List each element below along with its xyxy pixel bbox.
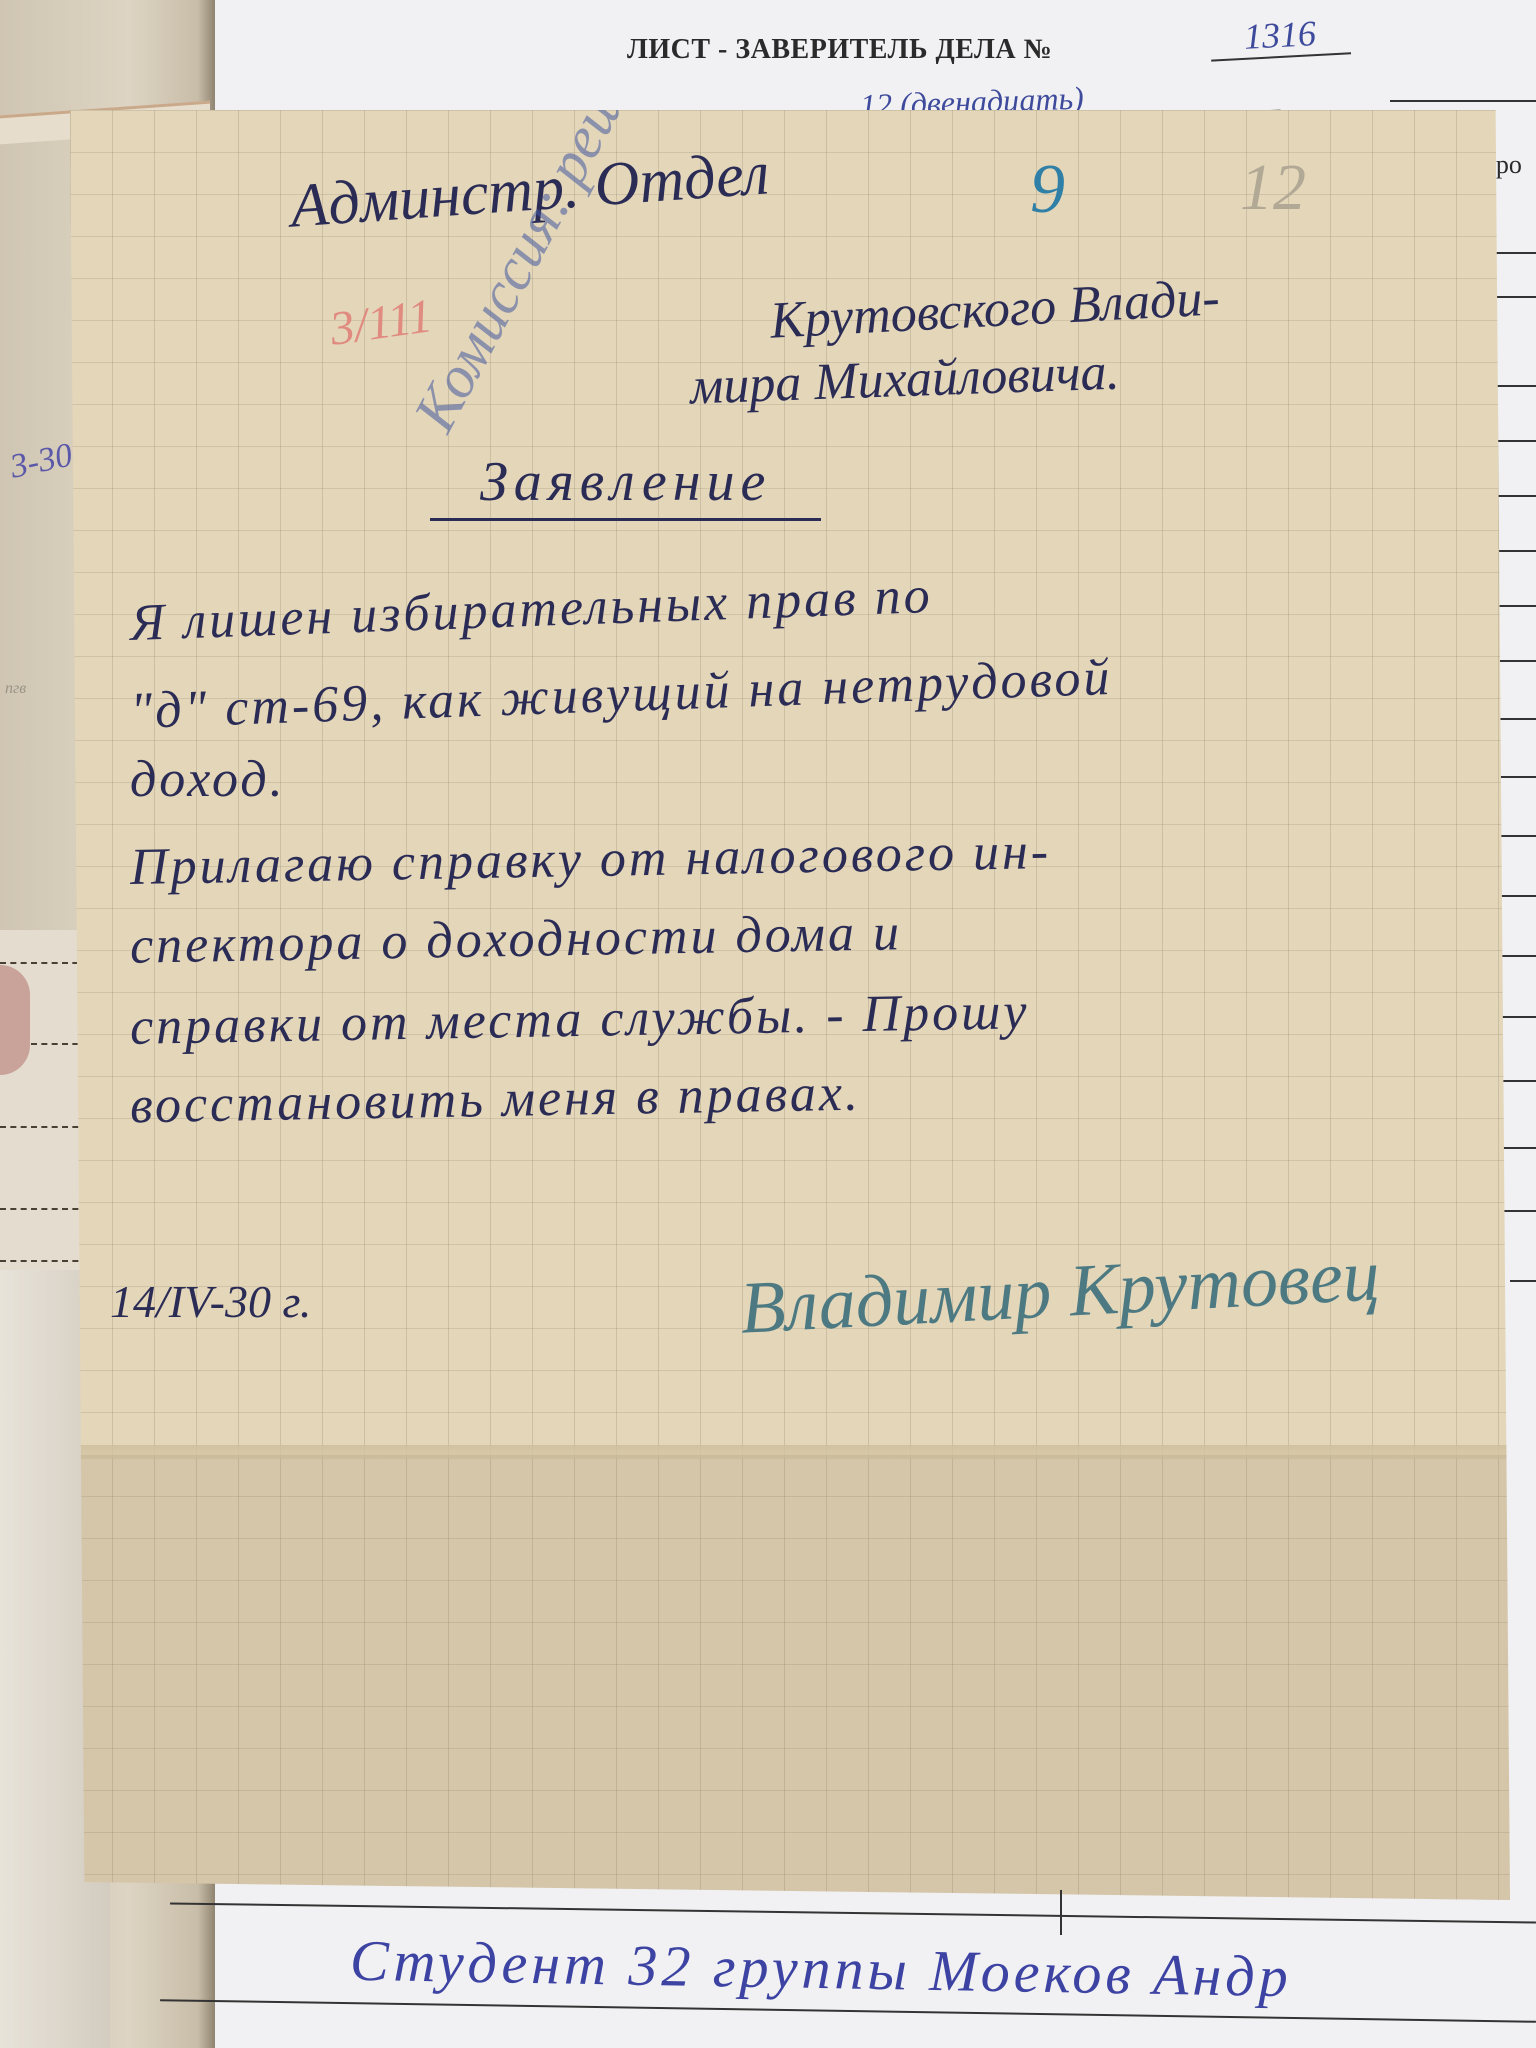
application-sheet: Админстр. Отдел 9 12 3/111 Крутовского В… (70, 110, 1510, 1900)
form-rule (1495, 252, 1536, 254)
body-line: Я лишен избирательных прав по (129, 566, 933, 653)
form-title: ЛИСТ - ЗАВЕРИТЕЛЬ ДЕЛА № (627, 34, 1052, 66)
form-column-divider (1060, 1890, 1062, 1935)
body-line: Прилагаю справку от налогового ин- (130, 822, 1052, 897)
applicant-name-line-1: Крутовского Влади- (769, 268, 1221, 350)
body-line: восстановить меня в правах. (130, 1064, 862, 1136)
form-rule (1500, 1210, 1536, 1212)
folio-number-blue: 9 (1030, 150, 1065, 230)
form-rule (1390, 100, 1536, 102)
date: 14/IV-30 г. (110, 1275, 311, 1328)
finger-holding-page (0, 965, 30, 1075)
applicant-name-line-2: мира Михайловича. (689, 343, 1120, 417)
body-line: справки от места службы. - Прошу (130, 982, 1030, 1057)
lower-paper-tone (70, 1455, 1510, 1905)
folio-number-gray: 12 (1240, 150, 1306, 226)
body-line: "д" ст-69, как живущий на нетрудовой (129, 648, 1113, 741)
signature: Владимир Крутовец (738, 1233, 1382, 1351)
document-title: Заявление (430, 450, 821, 521)
margin-stamp-faint: пгв (5, 680, 26, 698)
case-number-field: 1316 (1209, 10, 1351, 61)
form-rule (1510, 1280, 1536, 1282)
red-pencil-mark: 3/111 (327, 288, 436, 357)
body-line: спектора о доходности дома и (130, 903, 903, 975)
body-line: доход. (130, 750, 286, 809)
